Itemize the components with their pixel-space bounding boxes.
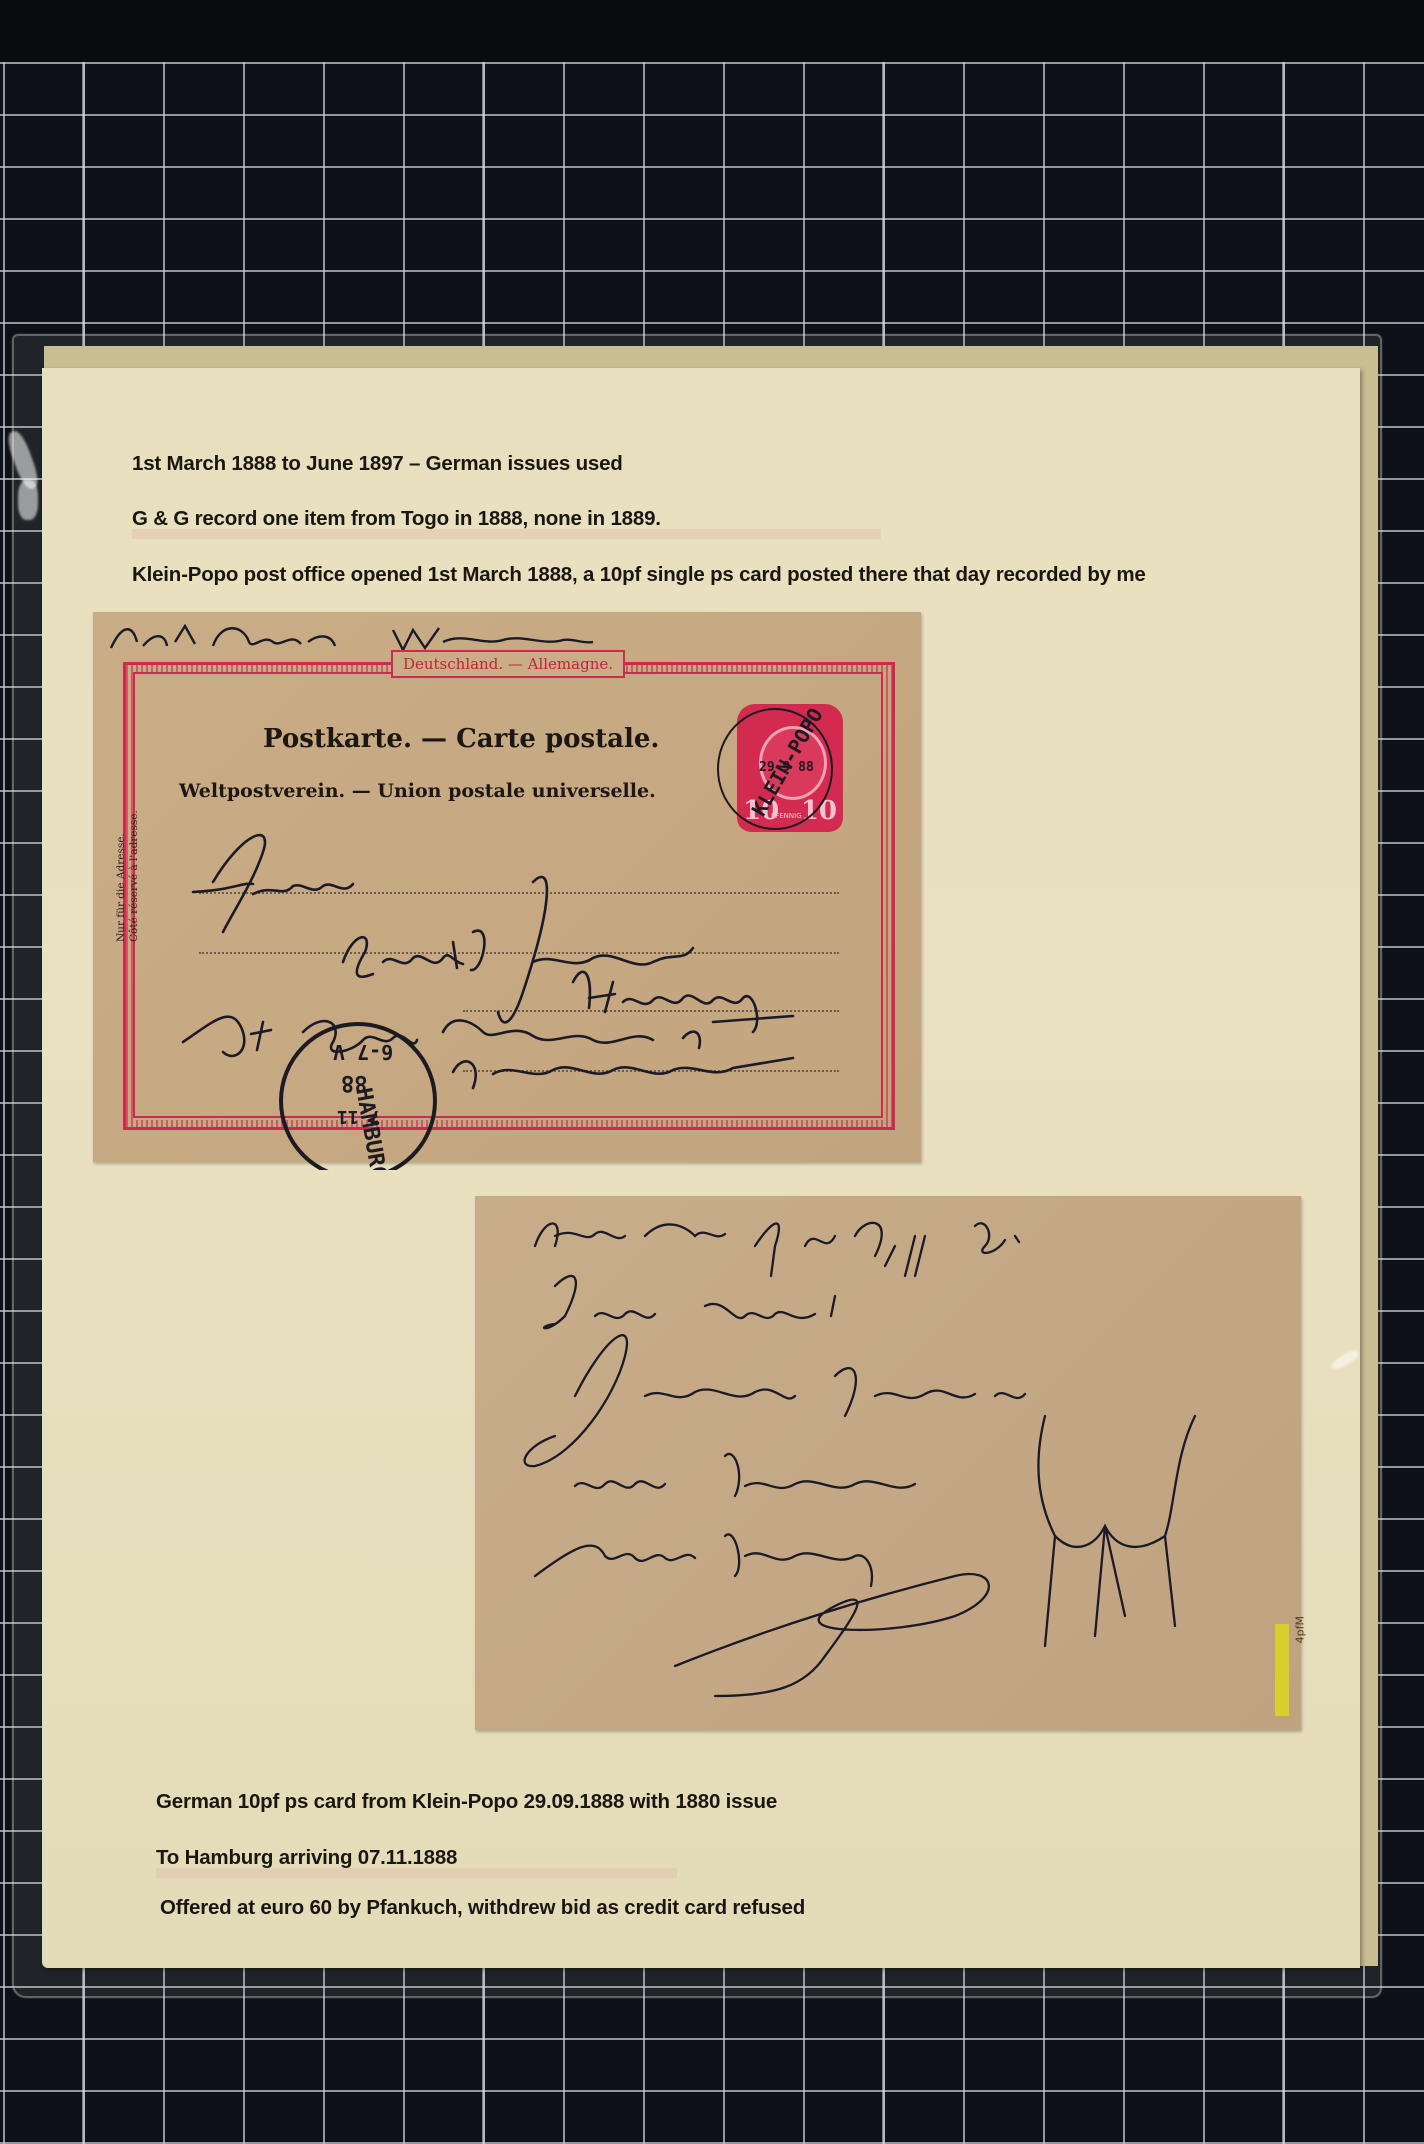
footer-note-3: Offered at euro 60 by Pfankuch, withdrew…	[160, 1896, 805, 1920]
postmark-klein-popo: KLEIN-POPO 29 9 88	[717, 708, 833, 830]
header-note-3: Klein-Popo post office opened 1st March …	[132, 563, 1146, 587]
sleeve-glare	[18, 480, 38, 520]
postmark-hamburg: 6-7 V 88 7 11 HAMBURG	[279, 1022, 437, 1180]
message-handwriting	[475, 1196, 1301, 1730]
side-text-german: Nur für die Adresse.	[115, 810, 128, 942]
side-text-french: Côté réservé à l'adresse.	[128, 810, 141, 942]
postmark-arrival-time: 6-7 V	[333, 1040, 393, 1064]
address-handwriting: Herrn	[153, 812, 933, 1102]
postmark-arrival-town: HAMBURG	[350, 1086, 391, 1182]
background-top	[0, 0, 1424, 64]
yellow-marker-tab	[1275, 1624, 1289, 1716]
side-text-reserved: Nur für die Adresse. Côté réservé à l'ad…	[115, 810, 141, 942]
card-subtitle: Weltpostverein. — Union postale universe…	[179, 780, 656, 802]
pencil-note: 4pfM	[1293, 1616, 1306, 1643]
card-title: Postkarte. — Carte postale.	[263, 724, 659, 754]
postcard-back: 4pfM Klein Popo, d. 27/9. 88. Lieber Emi…	[475, 1196, 1301, 1730]
footer-note-1: German 10pf ps card from Klein-Popo 29.0…	[156, 1790, 777, 1814]
header-note-1: 1st March 1888 to June 1897 – German iss…	[132, 452, 623, 476]
footer-note-2: To Hamburg arriving 07.11.1888	[156, 1846, 457, 1870]
header-note-2: G & G record one item from Togo in 1888,…	[132, 507, 661, 531]
postcard-front: p. D. „Marie Woermann“ Deutschland. — Al…	[93, 612, 921, 1162]
country-banner: Deutschland. — Allemagne.	[391, 650, 625, 678]
postmark-origin-date: 29 9 88	[759, 760, 814, 775]
